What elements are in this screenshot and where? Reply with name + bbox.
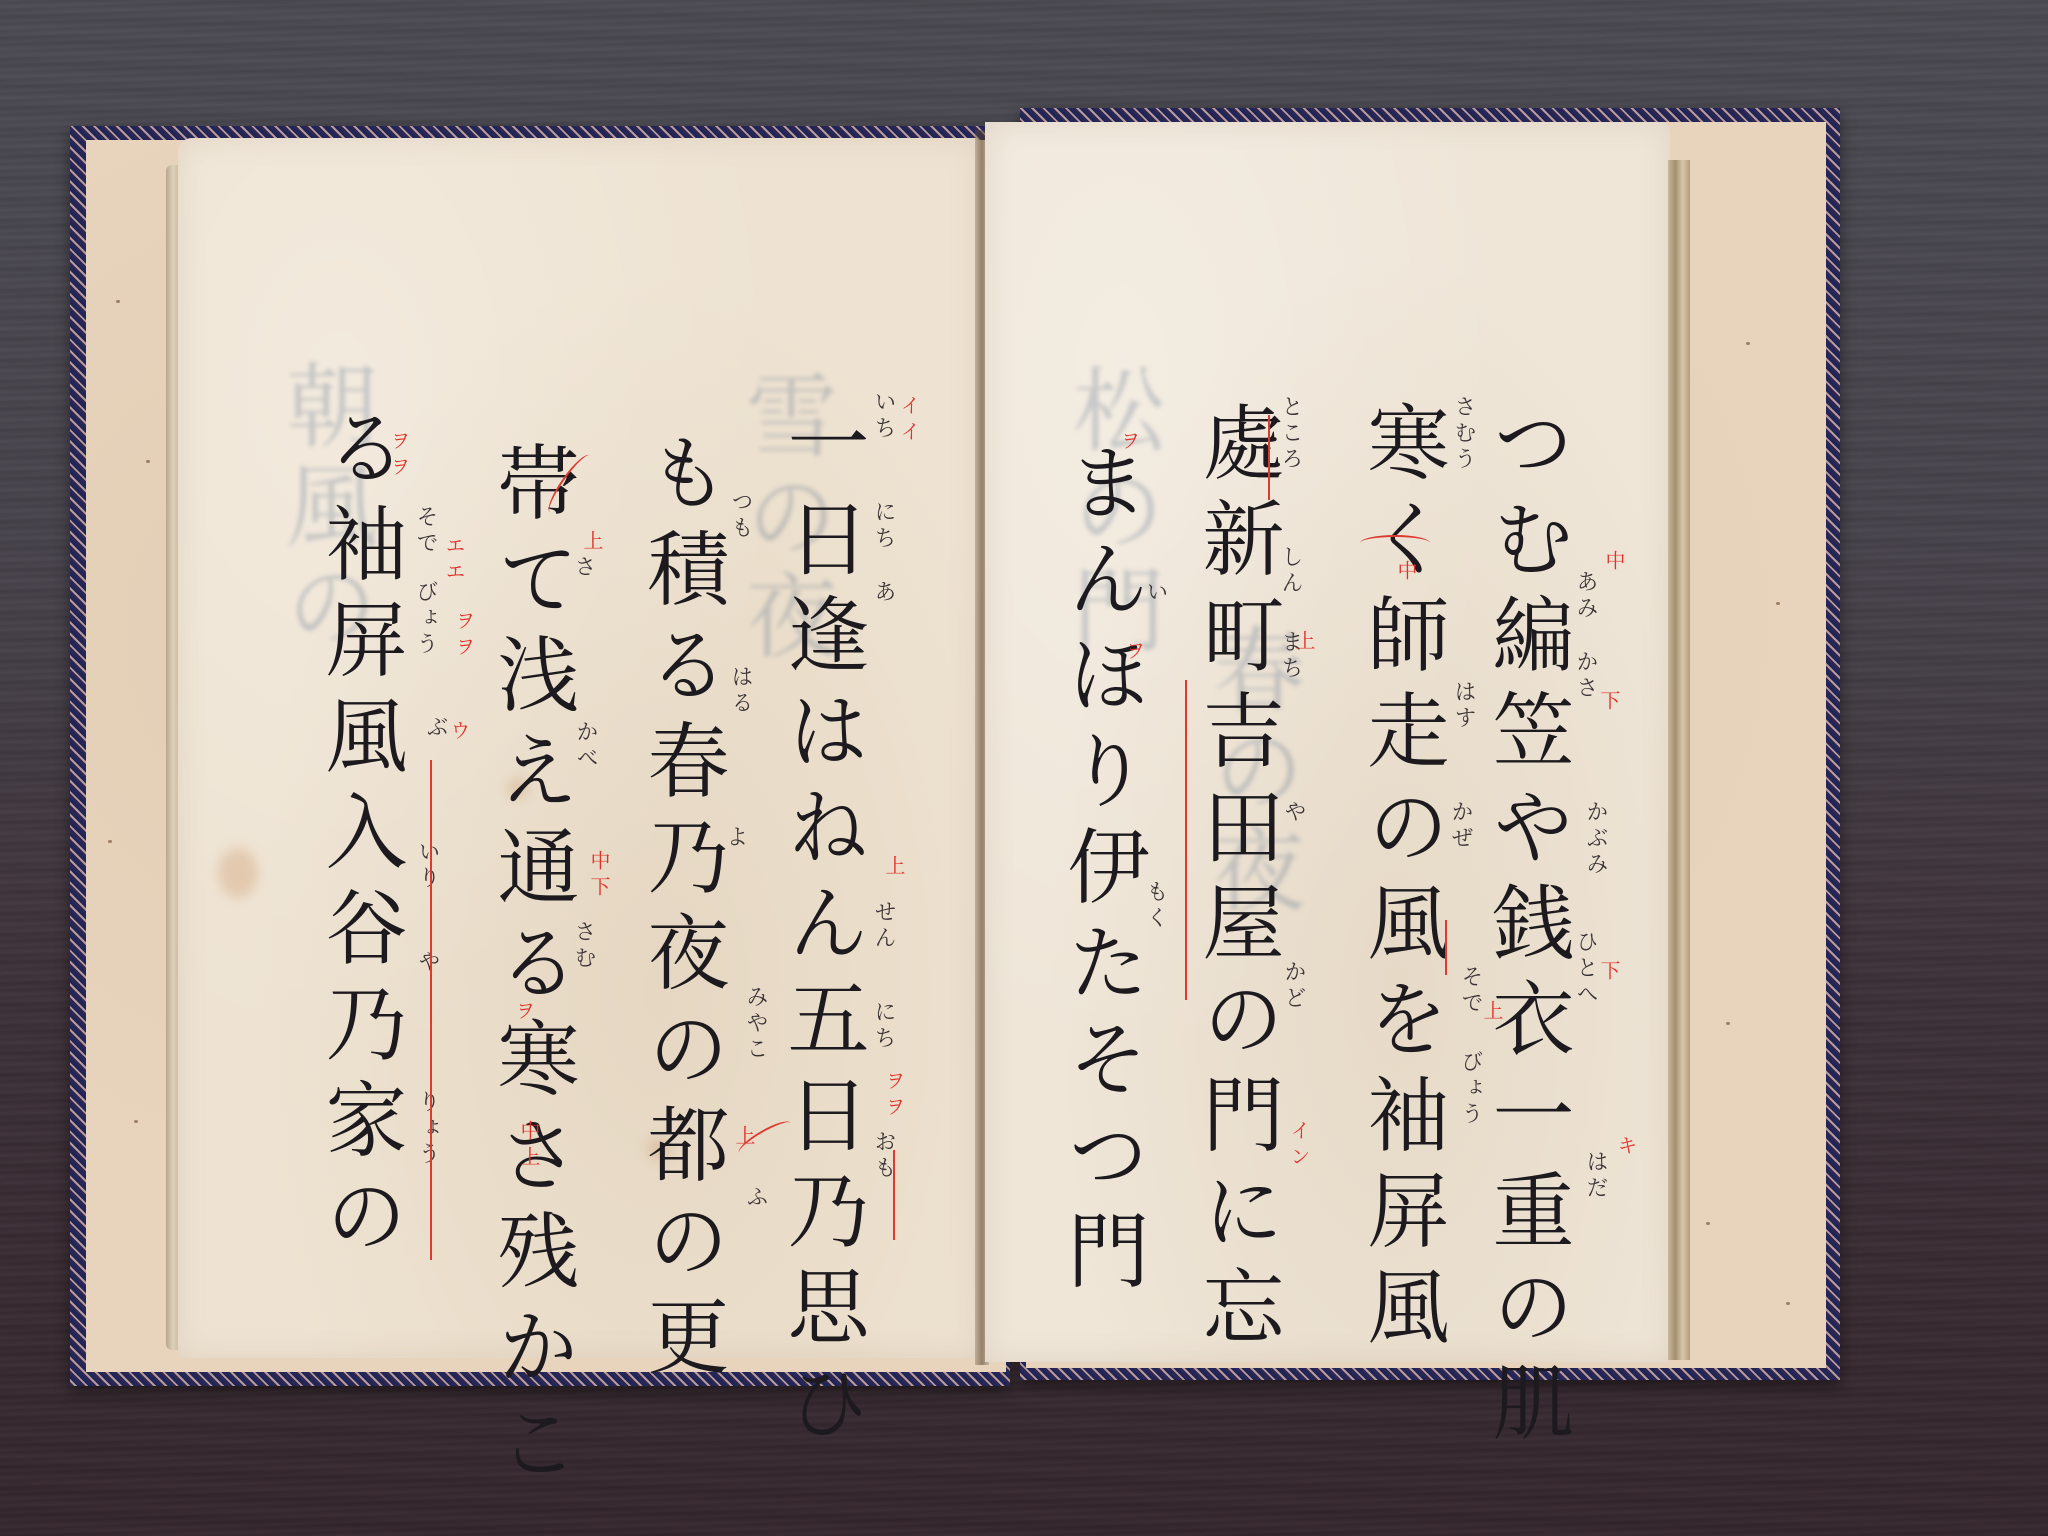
chant-mark: エエ [440, 535, 469, 587]
chant-mark: 中上 [515, 1120, 544, 1172]
furigana-l2: つも [725, 490, 756, 542]
page-stack-edge-right [1668, 160, 1690, 1360]
chant-mark: 上 [880, 855, 909, 881]
furigana-l1: あ [868, 580, 899, 606]
red-line-mark [1268, 415, 1270, 500]
furigana-r1: かぶみ [1580, 800, 1611, 878]
chant-mark: 上 [1290, 630, 1319, 656]
chant-mark: ヲヲ [880, 1070, 909, 1122]
furigana-r1: はだ [1580, 1150, 1611, 1202]
chant-mark: 中下 [585, 850, 614, 902]
chant-mark: イイ [895, 395, 924, 447]
furigana-r3: や [1278, 800, 1309, 826]
furigana-r2: さむう [1448, 395, 1479, 473]
furigana-r2: はす [1448, 680, 1479, 732]
furigana-l4: りょう [412, 1090, 443, 1168]
furigana-l4: いり [412, 840, 443, 892]
furigana-r3: ところ [1275, 395, 1306, 473]
furigana-l4: や [412, 950, 443, 976]
furigana-l2: みやこ [740, 985, 771, 1063]
furigana-l2: はる [725, 665, 756, 717]
chant-mark: ヲ [1115, 430, 1144, 456]
furigana-l1: せん [868, 900, 899, 952]
furigana-l3: さむ [568, 920, 599, 972]
text-column-l4: る袖屏風入谷乃家の [318, 405, 400, 1269]
furigana-l3: かべ [570, 720, 601, 772]
chant-mark: ヲ [1120, 640, 1149, 666]
text-column-r3: 處新町吉田屋の門に忘 [1195, 400, 1277, 1360]
red-wave-mark [1360, 535, 1430, 551]
chant-mark: 下 [1595, 960, 1624, 986]
text-column-l1: 一日逢はねん五日乃思ひ [780, 400, 862, 1456]
chant-mark: キ [1612, 1135, 1641, 1161]
chant-mark: 上 [1478, 1000, 1507, 1026]
text-column-r1: つむ編笠や銭衣一重の肌 [1485, 400, 1567, 1456]
chant-mark: 中 [1392, 560, 1421, 586]
furigana-l1: にち [868, 500, 899, 552]
furigana-r3: しん [1275, 545, 1306, 597]
text-column-l3: 帯て浅え通る寒さ残かこ [490, 440, 572, 1496]
furigana-l4: びょう [410, 580, 441, 658]
furigana-r2: びょう [1455, 1050, 1486, 1128]
chant-mark: 上 [578, 530, 607, 556]
chant-mark: 中 [1600, 550, 1629, 576]
furigana-l4: そで [410, 505, 441, 557]
furigana-l1: にち [868, 1000, 899, 1052]
text-column-r4: まんほり伊たそつ門 [1060, 440, 1142, 1304]
red-line-mark [1185, 680, 1187, 1000]
furigana-r3: かど [1278, 960, 1309, 1012]
chant-mark: ウ [445, 720, 474, 746]
furigana-r1: あみ [1570, 570, 1601, 622]
furigana-r2: かぜ [1445, 800, 1476, 852]
red-line-mark [893, 1150, 895, 1240]
chant-mark: ヲ [510, 1000, 539, 1026]
furigana-l3: さ [568, 555, 599, 581]
furigana-r4: もく [1140, 880, 1171, 932]
text-column-l2: も積る春乃夜の都の更 [640, 430, 722, 1390]
chant-mark: イン [1285, 1120, 1314, 1172]
chant-mark: ヲヲ [385, 430, 414, 482]
furigana-r4: い [1140, 580, 1171, 606]
chant-mark: ヲヲ [450, 610, 479, 662]
furigana-l2: ふ [740, 1185, 771, 1211]
furigana-l2: よ [720, 825, 751, 851]
red-line-mark [430, 760, 432, 1260]
chant-mark: 下 [1595, 690, 1624, 716]
red-line-mark [1445, 920, 1447, 975]
